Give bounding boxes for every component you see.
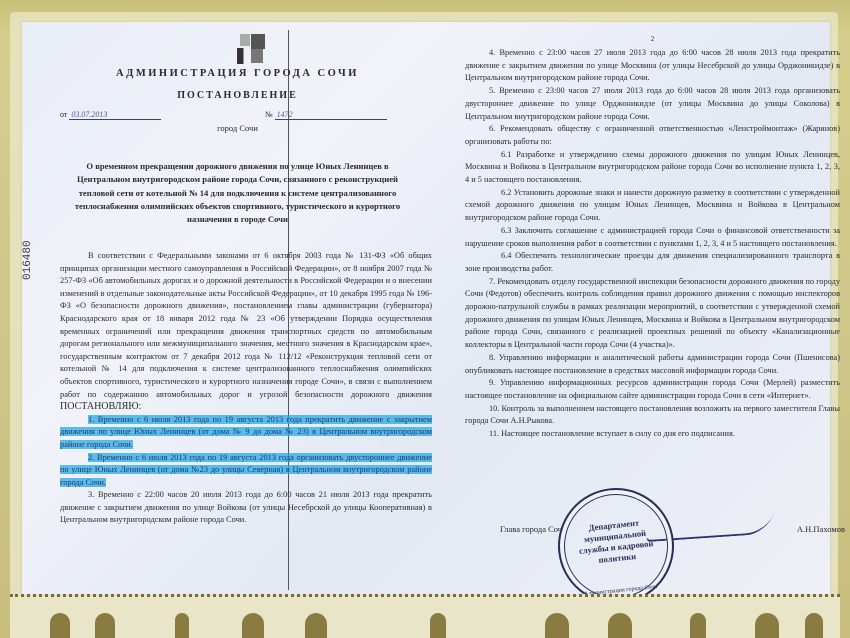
item-4: 4. Временно с 23:00 часов 27 июля 2013 г…: [465, 47, 840, 85]
signatory-name: А.Н.Пахомов: [797, 524, 845, 534]
item-11: 11. Настоящее постановление вступает в с…: [465, 428, 840, 441]
item-2: 2. Временно с 6 июля 2013 года по 19 авг…: [60, 452, 432, 490]
item-10: 10. Контроль за выполнением настоящего п…: [465, 403, 840, 428]
document-number: № 1472: [265, 110, 387, 120]
punch-hole: [175, 613, 189, 638]
item-6-2: 6.2 Установить дорожные знаки и нанести …: [465, 187, 840, 225]
document-date: от 03.07.2013: [60, 110, 161, 120]
punch-hole: [305, 613, 327, 638]
resolve-word: ПОСТАНОВЛЯЮ:: [60, 401, 141, 412]
number-prefix: №: [265, 110, 273, 119]
punch-hole: [50, 613, 70, 638]
organization-heading: АДМИНИСТРАЦИЯ ГОРОДА СОЧИ: [40, 68, 435, 79]
date-prefix: от: [60, 110, 67, 119]
item-6-3: 6.3 Заключить соглашение с администрацие…: [465, 225, 840, 250]
item-6-1: 6.1 Разработке и утверждению схемы дорож…: [465, 149, 840, 187]
preamble: В соответствии с Федеральными законами о…: [60, 250, 432, 414]
page-2: 2 4. Временно с 23:00 часов 27 июля 2013…: [465, 35, 840, 441]
serial-number: 016480: [22, 240, 34, 280]
punch-hole: [690, 613, 706, 638]
item-7: 7. Рекомендовать отделу государственной …: [465, 276, 840, 352]
city-line: город Сочи: [40, 123, 435, 133]
item-6-4: 6.4 Обеспечить технологические проезды д…: [465, 250, 840, 275]
punch-hole: [430, 613, 446, 638]
number-value: 1472: [275, 110, 387, 120]
document-type-heading: ПОСТАНОВЛЕНИЕ: [40, 90, 435, 101]
punch-hole: [95, 613, 115, 638]
item-8: 8. Управлению информации и аналитической…: [465, 352, 840, 377]
punch-hole: [242, 613, 264, 638]
signatory-position: Глава города Сочи: [500, 524, 567, 534]
city-emblem-icon: [237, 34, 265, 64]
page-number: 2: [465, 35, 840, 43]
page-2-body: 4. Временно с 23:00 часов 27 июля 2013 г…: [465, 47, 840, 441]
highlighted-text: 2. Временно с 6 июля 2013 года по 19 авг…: [60, 453, 432, 487]
punch-hole: [805, 613, 823, 638]
stamp-center-text: Департамент муниципальной службы и кадро…: [572, 516, 660, 569]
item-6: 6. Рекомендовать обществу с ограниченной…: [465, 123, 840, 148]
sleeve-perforation-strip: [10, 594, 840, 638]
item-9: 9. Управлению информационных ресурсов ад…: [465, 377, 840, 402]
page-1-body: В соответствии с Федеральными законами о…: [60, 250, 432, 527]
punch-hole: [608, 613, 632, 638]
item-1: 1. Временно с 6 июля 2013 года по 19 авг…: [60, 414, 432, 452]
document-title: О временном прекращении дорожного движен…: [60, 160, 415, 226]
highlighted-text: 1. Временно с 6 июля 2013 года по 19 авг…: [60, 415, 432, 449]
item-5: 5. Временно с 23:00 часов 27 июля 2013 г…: [465, 85, 840, 123]
item-3: 3. Временно с 22:00 часов 20 июля 2013 г…: [60, 489, 432, 527]
punch-hole: [545, 613, 569, 638]
date-value: 03.07.2013: [69, 110, 161, 120]
punch-hole: [755, 613, 779, 638]
